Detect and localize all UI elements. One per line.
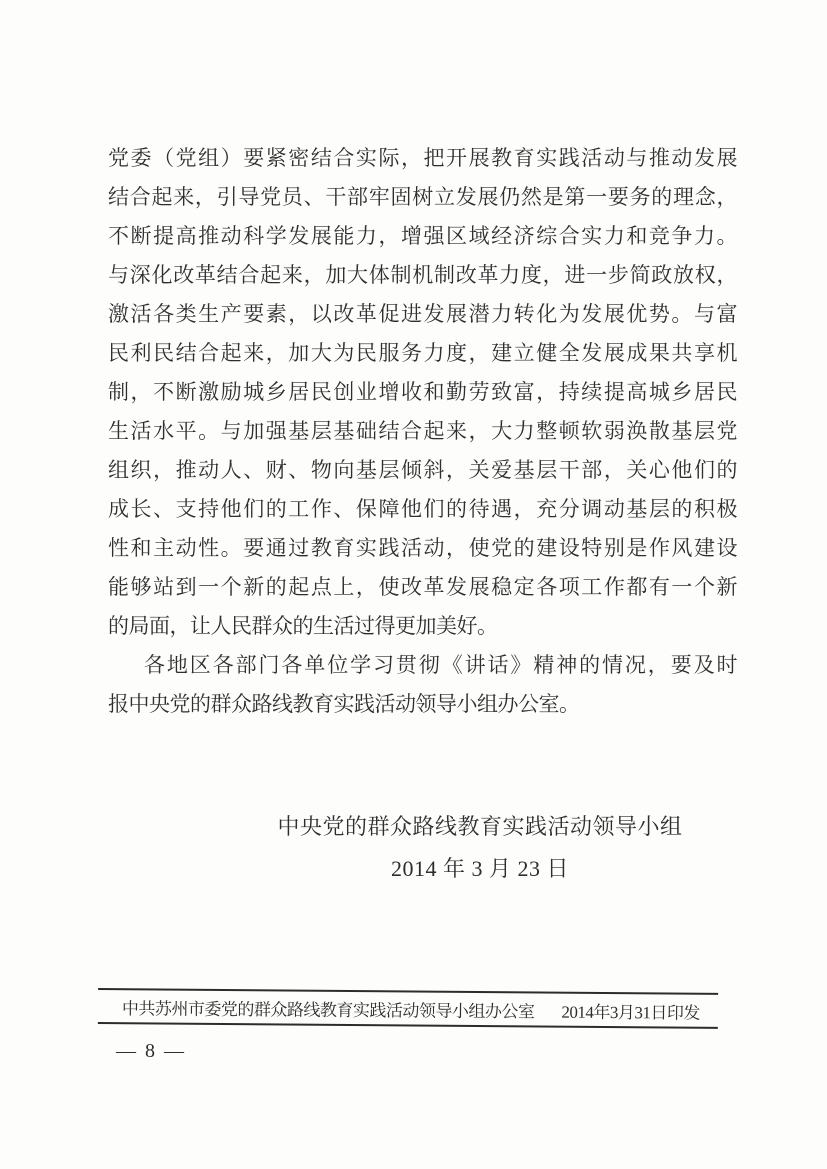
body-text-block: 党委（党组）要紧密结合实际，把开展教育实践活动与推动发展 结合起来，引导党员、干… [108,139,738,724]
page-number: — 8 — [116,1040,186,1063]
body-line-paragraph-end: 的局面，让人民群众的生活过得更加美好。 [108,607,738,646]
document-page: 党委（党组）要紧密结合实际，把开展教育实践活动与推动发展 结合起来，引导党员、干… [0,0,827,1169]
body-line: 不断提高推动科学发展能力，增强区域经济综合实力和竞争力。 [108,217,738,256]
body-line: 生活水平。与加强基层基础结合起来，大力整顿软弱涣散基层党 [108,412,738,451]
body-line: 能够站到一个新的起点上，使改革发展稳定各项工作都有一个新 [108,568,738,607]
body-line: 民利民结合起来，加大为民服务力度，建立健全发展成果共享机 [108,334,738,373]
body-line: 性和主动性。要通过教育实践活动，使党的建设特别是作风建设 [108,529,738,568]
body-line: 成长、支持他们的工作、保障他们的待遇，充分调动基层的积极 [108,490,738,529]
body-line: 制，不断激励城乡居民创业增收和勤劳致富，持续提高城乡居民 [108,373,738,412]
footer-row: 中共苏州市委党的群众路线教育实践活动领导小组办公室 2014年3月31日印发 [98,990,718,1027]
body-line: 组织，推动人、财、物向基层倾斜，关爱基层干部，关心他们的 [108,451,738,490]
footer-colophon: 中共苏州市委党的群众路线教育实践活动领导小组办公室 2014年3月31日印发 [98,988,718,1029]
body-line: 与深化改革结合起来，加大体制机制改革力度，进一步简政放权， [108,256,738,295]
body-line: 党委（党组）要紧密结合实际，把开展教育实践活动与推动发展 [108,139,738,178]
signature-block: 中央党的群众路线教育实践活动领导小组 2014 年 3 月 23 日 [133,812,827,884]
body-line-paragraph-end: 报中央党的群众路线教育实践活动领导小组办公室。 [108,685,738,724]
footer-print-date: 2014年3月31日印发 [561,997,700,1023]
footer-issuer: 中共苏州市委党的群众路线教育实践活动领导小组办公室 [122,994,535,1022]
body-line: 结合起来，引导党员、干部牢固树立发展仍然是第一要务的理念， [108,178,738,217]
signature-date: 2014 年 3 月 23 日 [133,854,827,884]
body-line: 激活各类生产要素，以改革促进发展潜力转化为发展优势。与富 [108,295,738,334]
body-line-paragraph-start: 各地区各部门各单位学习贯彻《讲话》精神的情况，要及时 [108,646,738,685]
signature-organization: 中央党的群众路线教育实践活动领导小组 [133,812,827,842]
